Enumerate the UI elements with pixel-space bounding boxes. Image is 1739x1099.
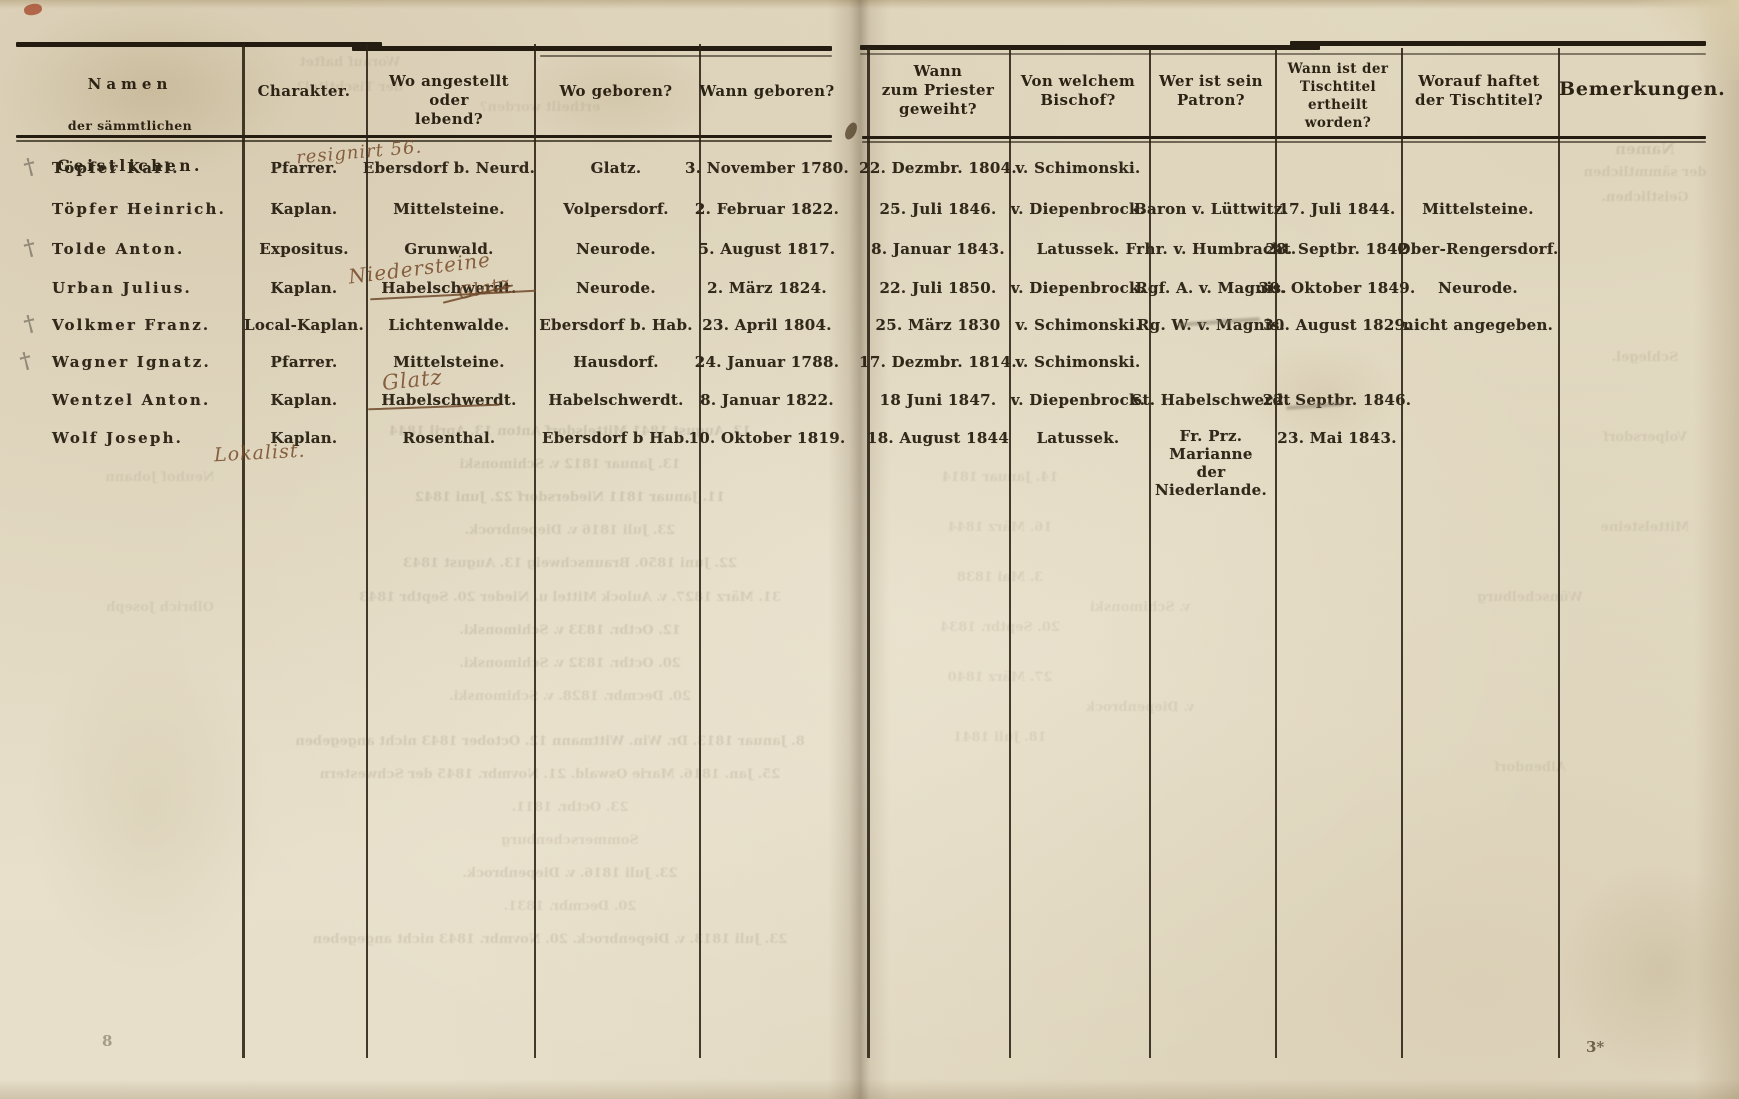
cell-patron-row2: Baron v. Lüttwitz.: [1149, 198, 1273, 220]
cell-tischtitel-row8: 23. Mai 1843.: [1275, 427, 1399, 449]
margin-cross-row6: †: [17, 347, 34, 375]
bleedthrough-fragment-35: Mittelsteine: [1545, 520, 1739, 535]
margin-cross-row3: †: [21, 234, 38, 262]
bleedthrough-fragment-15: 20. Decmbr. 1831.: [345, 899, 795, 914]
cell-tischtitel-row5: 30. August 1829.: [1275, 314, 1399, 336]
cell-geweiht-row1: 22. Dezmbr. 1804.: [869, 157, 1007, 179]
cell-name-row7: Wentzel Anton.: [52, 389, 244, 411]
cell-worauf-row2: Mittelsteine.: [1401, 198, 1555, 220]
bleedthrough-fragment-28: v. Schimonski: [1040, 600, 1240, 615]
red-ink-mark: [23, 3, 43, 17]
bleedthrough-fragment-37: Albendorf: [1440, 760, 1620, 775]
cell-name-row2: Töpfer Heinrich.: [52, 198, 244, 220]
cell-charakter-row5: Local-Kaplan.: [244, 314, 364, 336]
header-angestellt: Wo angestellt oder lebend?: [367, 72, 531, 129]
paper-stain: [30, 640, 270, 980]
header-rule-right-thin: [862, 141, 1706, 143]
top-rule-left-a: [16, 42, 382, 47]
corner-curl-highlight: [1629, 0, 1739, 80]
bleedthrough-fragment-14: 23. Juli 1816. v. Diepenbrock.: [345, 866, 795, 881]
header-tischtitel-worauf: Worauf haftet der Tischtitel?: [1403, 72, 1555, 110]
cell-geweiht-row8: 18. August 1844: [869, 427, 1007, 449]
divider-charakter-angestellt: [366, 44, 368, 1058]
bleedthrough-fragment-7: 12. Octbr. 1833 v. Schimonski.: [345, 623, 795, 638]
page-marker-right: 3*: [1586, 1038, 1604, 1056]
top-rule-left-thin: [540, 55, 832, 57]
cell-name-row5: Volkmer Franz.: [52, 314, 244, 336]
scanned-book-spread: 13. August 1841 Mittelsdorf Anton 13. Ap…: [0, 0, 1739, 1099]
cell-geboren-row3: 5. August 1817.: [697, 238, 837, 260]
cell-geboren_ort-row2: Volpersdorf.: [535, 198, 697, 220]
cell-name-row6: Wagner Ignatz.: [52, 351, 244, 373]
cell-geweiht-row2: 25. Juli 1846.: [869, 198, 1007, 220]
cell-geweiht-row5: 25. März 1830: [869, 314, 1007, 336]
bleedthrough-fragment-24: 3. Mai 1838: [880, 570, 1120, 585]
cell-geboren-row6: 24. Januar 1788.: [697, 351, 837, 373]
bleedthrough-fragment-33: Schlegel.: [1545, 350, 1739, 365]
cell-bischof-row1: v. Schimonski.: [1009, 157, 1147, 179]
bleedthrough-fragment-10: 8. Januar 1813. Dr. Win. Wittmann 12. Oc…: [300, 734, 800, 749]
bleedthrough-fragment-32: Geistlichen.: [1550, 190, 1739, 205]
bleedthrough-fragment-25: 20. Septbr. 1834: [880, 620, 1120, 635]
cell-tischtitel-row2: 17. Juli 1844.: [1275, 198, 1399, 220]
bleedthrough-fragment-4: 23. Juli 1816 v. Diepenbrock.: [345, 523, 795, 538]
cell-bischof-row6: v. Schimonski.: [1009, 351, 1147, 373]
bleedthrough-fragment-31: der sämmtlichen: [1545, 165, 1739, 180]
header-geburtsort: Wo geboren?: [535, 82, 697, 101]
header-patron: Wer ist sein Patron?: [1149, 72, 1273, 110]
cell-bischof-row8: Latussek.: [1009, 427, 1147, 449]
cell-charakter-row7: Kaplan.: [244, 389, 364, 411]
cell-patron-row7: St. Habelschwerdt: [1149, 389, 1273, 411]
header-rule-right: [862, 136, 1706, 139]
bleedthrough-fragment-5: 22. Juni 1850. Braunschweig 13. August 1…: [345, 556, 795, 571]
cell-geboren_ort-row1: Glatz.: [535, 157, 697, 179]
bleedthrough-fragment-34: Volpersdorf: [1545, 430, 1739, 445]
cell-name-row4: Urban Julius.: [52, 277, 244, 299]
bleedthrough-fragment-27: 18. Juli 1841: [880, 730, 1120, 745]
cell-angestellt-row2: Mittelsteine.: [367, 198, 531, 220]
top-rule-left-b: [352, 46, 832, 51]
header-namen-line1: Namen: [18, 75, 242, 94]
header-geburtsdatum: Wann geboren?: [697, 82, 837, 101]
cell-tischtitel-row4: 30. Oktober 1849.: [1275, 277, 1399, 299]
cell-patron-row8: Fr. Prz. Marianne der Niederlande.: [1149, 427, 1273, 499]
bleedthrough-fragment-12: 23. Octbr. 1811.: [345, 800, 795, 815]
cell-angestellt-row1: Ebersdorf b. Neurd.: [367, 157, 531, 179]
header-namen-line2: der sämmtlichen: [18, 116, 242, 135]
cell-geweiht-row4: 22. Juli 1850.: [869, 277, 1007, 299]
header-geweiht: Wann zum Priester geweiht?: [869, 62, 1007, 119]
header-bischof: Von welchem Bischof?: [1009, 72, 1147, 110]
cell-name-row1: Töpfer Karl.: [52, 157, 244, 179]
cell-geboren-row8: 10. Oktober 1819.: [697, 427, 837, 449]
bleedthrough-fragment-30: Namen: [1560, 140, 1730, 158]
cell-geweiht-row3: 8. Januar 1843.: [869, 238, 1007, 260]
bleedthrough-fragment-22: 14. Januar 1814: [880, 470, 1120, 485]
cell-worauf-row3: Ober-Rengersdorf.: [1401, 238, 1555, 260]
cell-angestellt-row5: Lichtenwalde.: [367, 314, 531, 336]
cell-bischof-row5: v. Schimonski.: [1009, 314, 1147, 336]
header-bemerkungen: Bemerkungen.: [1559, 80, 1719, 99]
cell-worauf-row5: nicht angegeben.: [1401, 314, 1555, 336]
top-rule-right-b: [1290, 41, 1706, 46]
bleedthrough-fragment-3: 11. Januar 1811 Niedersdorf 22. Juni 184…: [345, 490, 795, 505]
cell-name-row3: Tolde Anton.: [52, 238, 244, 260]
bleedthrough-fragment-11: 25. Jan. 1816. Marie Oswald. 21. Novmbr.…: [300, 767, 800, 782]
cell-geboren_ort-row4: Neurode.: [535, 277, 697, 299]
margin-cross-row5: †: [21, 310, 38, 338]
cell-geweiht-row6: 17. Dezmbr. 1814.: [869, 351, 1007, 373]
cell-geboren_ort-row6: Hausdorf.: [535, 351, 697, 373]
cell-geboren-row4: 2. März 1824.: [697, 277, 837, 299]
cell-patron-row4: Rgf. A. v. Magnis.: [1149, 277, 1273, 299]
cell-bischof-row7: v. Diepenbrock.: [1009, 389, 1147, 411]
bleedthrough-fragment-23: 16. März 1844: [880, 520, 1120, 535]
bleedthrough-fragment-2: 13. Januar 1812 v. Schimonski: [345, 457, 795, 472]
cell-geboren-row2: 2. Februar 1822.: [697, 198, 837, 220]
top-rule-right-a: [860, 45, 1320, 50]
page-marker-left: 8: [102, 1032, 112, 1050]
bleedthrough-fragment-17: Neuhof Johann: [60, 470, 260, 485]
divider-angestellt-geburtsort: [534, 44, 536, 1058]
cell-geboren_ort-row5: Ebersdorf b. Hab.: [535, 314, 697, 336]
cell-geboren-row1: 3. November 1780.: [697, 157, 837, 179]
divider-worauf-bemerkungen: [1558, 48, 1560, 1058]
bleedthrough-fragment-18: Olbrich Joseph: [60, 600, 260, 615]
cell-geboren-row7: 8. Januar 1822.: [697, 389, 837, 411]
cell-geboren_ort-row8: Ebersdorf b Hab.: [535, 427, 697, 449]
cell-bischof-row4: v. Diepenbrock.: [1009, 277, 1147, 299]
cell-worauf-row4: Neurode.: [1401, 277, 1555, 299]
bleedthrough-fragment-13: Sommerschenburg: [345, 833, 795, 848]
bleedthrough-fragment-36: Wünschelburg: [1440, 590, 1620, 605]
handwritten-lokalist-note: Lokalist.: [213, 440, 306, 467]
cell-tischtitel-row3: 28. Septbr. 1842: [1275, 238, 1399, 260]
cell-charakter-row3: Expositus.: [244, 238, 364, 260]
bleedthrough-fragment-29: v. Diepenbrock: [1040, 700, 1240, 715]
divider-geburtsort-geburtsdatum: [699, 44, 701, 1058]
cell-geweiht-row7: 18 Juni 1847.: [869, 389, 1007, 411]
header-tischtitel-wann: Wann ist der Tischtitel ertheilt worden?: [1277, 60, 1399, 132]
cell-geboren-row5: 23. April 1804.: [697, 314, 837, 336]
bleedthrough-fragment-19: Worauf haftet: [250, 55, 450, 70]
bleedthrough-fragment-6: 31. März 1827. v. Aulock Mittel u. Niede…: [345, 590, 795, 605]
cell-patron-row3: Frhr. v. Humbracht.: [1149, 238, 1273, 260]
cell-geboren_ort-row3: Neurode.: [535, 238, 697, 260]
bleedthrough-fragment-26: 27. März 1840: [880, 670, 1120, 685]
cell-geboren_ort-row7: Habelschwerdt.: [535, 389, 697, 411]
bleedthrough-fragment-9: 20. Decmbr. 1828. v. Schimonski.: [345, 689, 795, 704]
cell-charakter-row2: Kaplan.: [244, 198, 364, 220]
header-charakter: Charakter.: [244, 82, 364, 101]
cell-bischof-row2: v. Diepenbrock.: [1009, 198, 1147, 220]
top-rule-right-thin: [860, 53, 1706, 55]
cell-charakter-row4: Kaplan.: [244, 277, 364, 299]
cell-angestellt-row8: Rosenthal.: [367, 427, 531, 449]
divider-namen-charakter: [242, 44, 245, 1058]
bleedthrough-fragment-16: 23. Juli 1813. v. Diepenbrock. 20. Novmb…: [300, 932, 800, 947]
cell-charakter-row6: Pfarrer.: [244, 351, 364, 373]
bleedthrough-fragment-8: 20. Octbr. 1832 v. Schimonski.: [345, 656, 795, 671]
